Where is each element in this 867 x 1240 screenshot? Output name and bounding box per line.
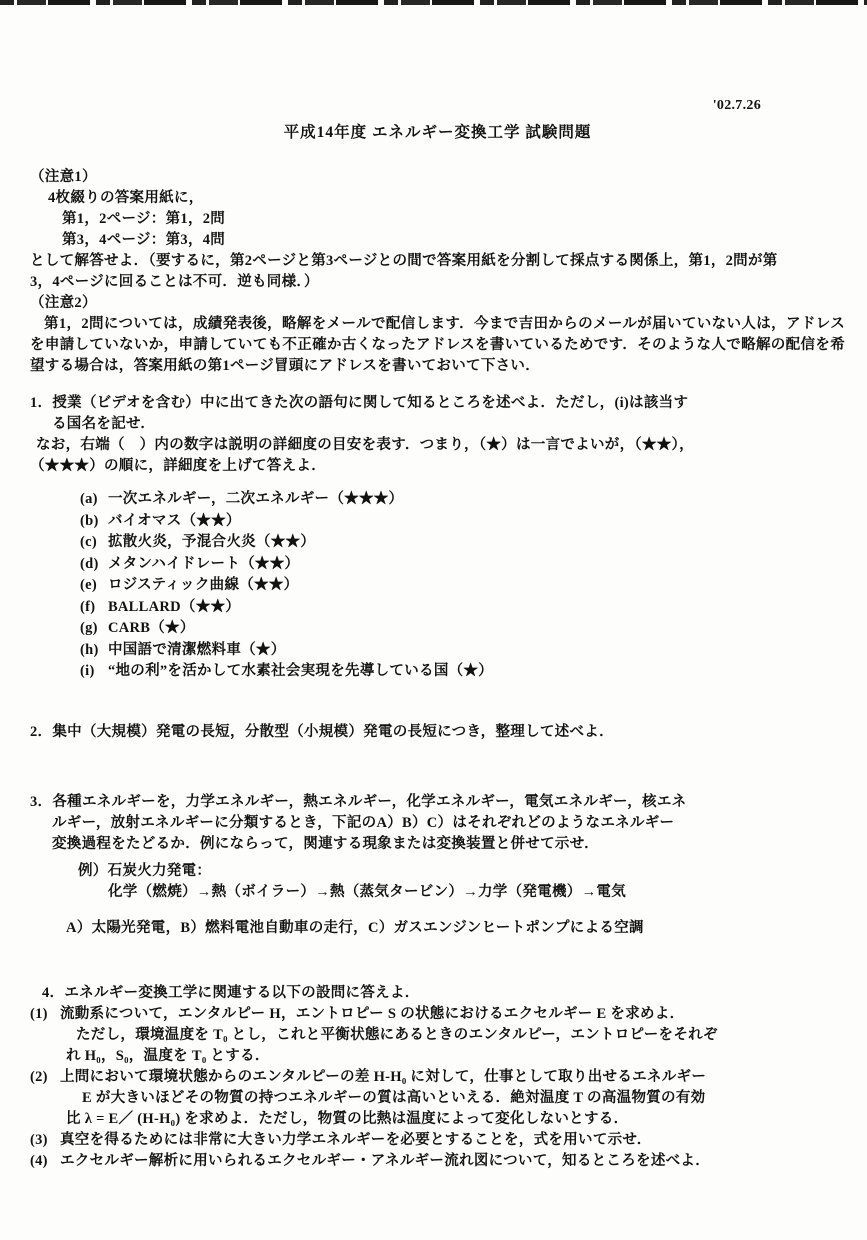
- document-title: 平成14年度 エネルギー変換工学 試験問題: [30, 122, 845, 143]
- question-2-text: 2．集中（大規模）発電の長短，分散型（小規模）発電の長短につき，整理して述べよ．: [30, 722, 845, 743]
- question-1-item-h: (h) 中国語で清潔燃料車（★）: [30, 640, 845, 662]
- item-text: 中国語で清潔燃料車（★）: [108, 642, 286, 658]
- notice-1-label: （注意1）: [30, 167, 845, 188]
- question-3-line: ルギー，放射エネルギーに分類するとき，下記のA）B）C）はそれぞれどのようなエネ…: [30, 813, 845, 834]
- question-3-line: 3．各種エネルギーを，力学エネルギー，熱エネルギー，化学エネルギー，電気エネルギ…: [30, 792, 845, 813]
- notice-1-line: 第1，2ページ：第1，2問: [30, 209, 845, 230]
- notice-1-line: 3，4ページに回ることは不可．逆も同様．）: [30, 272, 845, 293]
- item-text: 拡散火炎，予混合火炎（★★）: [108, 534, 315, 550]
- question-1-line: （★★★）の順に，詳細度を上げて答えよ．: [30, 456, 845, 477]
- notice-1-line: として解答せよ．（要するに，第2ページと第3ページとの間で答案用紙を分割して採点…: [30, 251, 845, 272]
- question-3-line: 変換過程をたどるか．例にならって，関連する現象または変換装置と併せて示せ．: [30, 834, 845, 855]
- sub-question-tag: (2): [30, 1067, 60, 1088]
- question-3-abc-line: A）太陽光発電，B）燃料電池自動車の走行，C）ガスエンジンヒートポンプによる空調: [30, 918, 845, 939]
- question-1-line: 1．授業（ビデオを含む）中に出てきた次の語句に関して知るところを述べよ．ただし，…: [30, 393, 845, 414]
- question-4-sub-2-cont: 比 λ = E／ (H-H₀) を求めよ．ただし，物質の比熱は温度によって変化し…: [30, 1109, 845, 1130]
- question-4-sub-1-cont: ただし，環境温度を T₀ とし，これと平衡状態にあるときのエンタルピー，エントロ…: [30, 1025, 845, 1046]
- question-1-item-a: (a) 一次エネルギー，二次エネルギー（★★★）: [30, 489, 845, 511]
- item-tag: (b): [80, 511, 104, 533]
- item-tag: (i): [80, 661, 104, 683]
- notice-2-label: （注意2）: [30, 293, 845, 314]
- question-2: 2．集中（大規模）発電の長短，分散型（小規模）発電の長短につき，整理して述べよ．: [30, 722, 845, 743]
- question-3-example-label: 例）石炭火力発電：: [30, 861, 845, 882]
- question-1-item-g: (g) CARB（★）: [30, 618, 845, 640]
- question-4-sub-2-cont: E が大きいほどその物質の持つエネルギーの質は高いといえる．絶対温度 T の高温…: [30, 1088, 845, 1109]
- notice-1-line: 4枚綴りの答案用紙に，: [30, 188, 845, 209]
- item-text: BALLARD（★★）: [108, 599, 240, 615]
- question-1: 1．授業（ビデオを含む）中に出てきた次の語句に関して知るところを述べよ．ただし，…: [30, 393, 845, 683]
- item-tag: (c): [80, 532, 104, 554]
- scanned-exam-page: '02.7.26 平成14年度 エネルギー変換工学 試験問題 （注意1） 4枚綴…: [0, 0, 867, 1240]
- item-text: “地の利”を活かして水素社会実現を先導している国（★）: [108, 663, 493, 679]
- sub-question-text: エクセルギー解析に用いられるエクセルギー・アネルギー流れ図について，知るところを…: [60, 1151, 845, 1172]
- notice-2-body: 第1，2問については，成績発表後，略解をメールで配信します．今まで吉田からのメー…: [30, 314, 845, 377]
- document-date: '02.7.26: [30, 95, 845, 116]
- question-1-item-e: (e) ロジスティック曲線（★★）: [30, 575, 845, 597]
- question-4-sub-4: (4) エクセルギー解析に用いられるエクセルギー・アネルギー流れ図について，知る…: [30, 1151, 845, 1172]
- question-1-item-b: (b) バイオマス（★★）: [30, 511, 845, 533]
- question-4: 4．エネルギー変換工学に関連する以下の設問に答えよ． (1) 流動系について，エ…: [30, 983, 845, 1172]
- question-4-sub-1-cont: れ H₀，S₀，温度を T₀ とする．: [30, 1046, 845, 1067]
- item-tag: (f): [80, 597, 104, 619]
- sub-question-tag: (3): [30, 1130, 60, 1151]
- item-tag: (h): [80, 640, 104, 662]
- item-text: メタンハイドレート（★★）: [108, 556, 299, 572]
- notice-1-line: 第3，4ページ：第3，4問: [30, 230, 845, 251]
- item-text: バイオマス（★★）: [108, 513, 241, 529]
- question-4-sub-3: (3) 真空を得るためには非常に大きい力学エネルギーを必要とすることを，式を用い…: [30, 1130, 845, 1151]
- item-tag: (e): [80, 575, 104, 597]
- sub-question-tag: (1): [30, 1004, 60, 1025]
- question-1-line: なお，右端（ ）内の数字は説明の詳細度の目安を表す．つまり，（★）は一言でよいが…: [30, 435, 845, 456]
- item-text: 一次エネルギー，二次エネルギー（★★★）: [108, 491, 403, 507]
- question-1-line: る国名を記せ．: [30, 414, 845, 435]
- item-tag: (d): [80, 554, 104, 576]
- question-4-header: 4．エネルギー変換工学に関連する以下の設問に答えよ．: [30, 983, 845, 1004]
- page-content: '02.7.26 平成14年度 エネルギー変換工学 試験問題 （注意1） 4枚綴…: [0, 0, 867, 1172]
- question-4-sub-2: (2) 上問において環境状態からのエンタルピーの差 H-H₀ に対して，仕事とし…: [30, 1067, 845, 1088]
- sub-question-text: 流動系について，エンタルピー H，エントロピー S の状態におけるエクセルギー …: [60, 1004, 845, 1025]
- question-3-energy-chain: 化学（燃焼）→熱（ボイラー）→熱（蒸気タービン）→力学（発電機）→電気: [30, 882, 845, 903]
- sub-question-tag: (4): [30, 1151, 60, 1172]
- notice-1-section: （注意1） 4枚綴りの答案用紙に， 第1，2ページ：第1，2問 第3，4ページ：…: [30, 167, 845, 293]
- item-text: CARB（★）: [108, 620, 195, 636]
- question-1-item-f: (f) BALLARD（★★）: [30, 597, 845, 619]
- item-tag: (g): [80, 618, 104, 640]
- question-1-item-i: (i) “地の利”を活かして水素社会実現を先導している国（★）: [30, 661, 845, 683]
- question-1-item-d: (d) メタンハイドレート（★★）: [30, 554, 845, 576]
- sub-question-text: 真空を得るためには非常に大きい力学エネルギーを必要とすることを，式を用いて示せ．: [60, 1130, 845, 1151]
- question-3: 3．各種エネルギーを，力学エネルギー，熱エネルギー，化学エネルギー，電気エネルギ…: [30, 792, 845, 939]
- question-4-sub-1: (1) 流動系について，エンタルピー H，エントロピー S の状態におけるエクセ…: [30, 1004, 845, 1025]
- sub-question-text: 上問において環境状態からのエンタルピーの差 H-H₀ に対して，仕事として取り出…: [60, 1067, 845, 1088]
- notice-2-section: （注意2） 第1，2問については，成績発表後，略解をメールで配信します．今まで吉…: [30, 293, 845, 377]
- item-tag: (a): [80, 489, 104, 511]
- question-1-item-list: (a) 一次エネルギー，二次エネルギー（★★★） (b) バイオマス（★★） (…: [30, 489, 845, 683]
- item-text: ロジスティック曲線（★★）: [108, 577, 299, 593]
- question-1-item-c: (c) 拡散火炎，予混合火炎（★★）: [30, 532, 845, 554]
